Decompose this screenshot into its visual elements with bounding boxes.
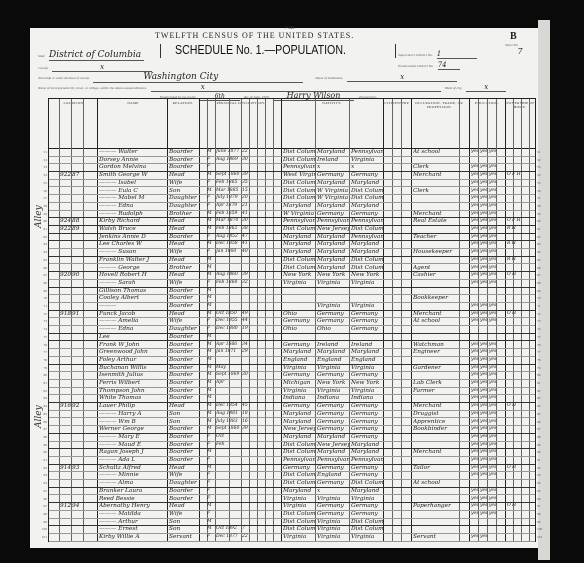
margin-note-lower: Alley — [34, 405, 44, 428]
header-citizenship: CITIZENSHIP. — [383, 101, 411, 105]
cell-birth: Dec 1877 — [216, 533, 240, 541]
line-number: 101 — [35, 533, 47, 541]
sheet-no-field: Sheet No. 7 — [505, 43, 535, 56]
margin-note-upper: Alley — [34, 205, 44, 228]
header-relation: RELATION. — [167, 101, 199, 105]
census-page: 7-224 TWELFTH CENSUS OF THE UNITED STATE… — [30, 28, 538, 548]
line-number-right: 101 — [537, 533, 549, 541]
table-header: LOCATION. NAME RELATION. PERSONAL DESCRI… — [49, 99, 535, 149]
population-table: LOCATION. NAME RELATION. PERSONAL DESCRI… — [48, 98, 536, 542]
cell-father: Virginia — [317, 533, 349, 541]
header-location: LOCATION. — [51, 101, 97, 105]
cell-occupation: Servant — [413, 533, 459, 541]
sheet-no-value: 7 — [505, 47, 535, 56]
sheet-letter: B — [510, 31, 517, 42]
table-row: 101101Kirby Willie AServantFDec 187722Vi… — [49, 533, 535, 542]
schedule-title: SCHEDULE No. 1.—POPULATION. — [175, 42, 346, 57]
left-bracket — [160, 44, 161, 58]
cell-age: 22 — [242, 533, 249, 541]
cell-edu: yes yes — [471, 533, 505, 541]
header-ownership: OWNERSHIP OF HOME. — [505, 101, 535, 109]
cell-relation: Servant — [169, 533, 199, 541]
header-name: NAME — [99, 101, 167, 105]
census-title: TWELFTH CENSUS OF THE UNITED STATES. — [155, 31, 354, 40]
header-nativity: NATIVITY. — [281, 101, 383, 105]
cell-place: Virginia — [283, 533, 315, 541]
right-bracket — [395, 44, 396, 58]
cell-mother: Virginia — [351, 533, 383, 541]
cell-sex: F — [207, 533, 215, 541]
ward-value: x — [466, 83, 506, 92]
form-code: 7-224 — [285, 25, 294, 30]
cell-name: Kirby Willie A — [99, 533, 165, 541]
